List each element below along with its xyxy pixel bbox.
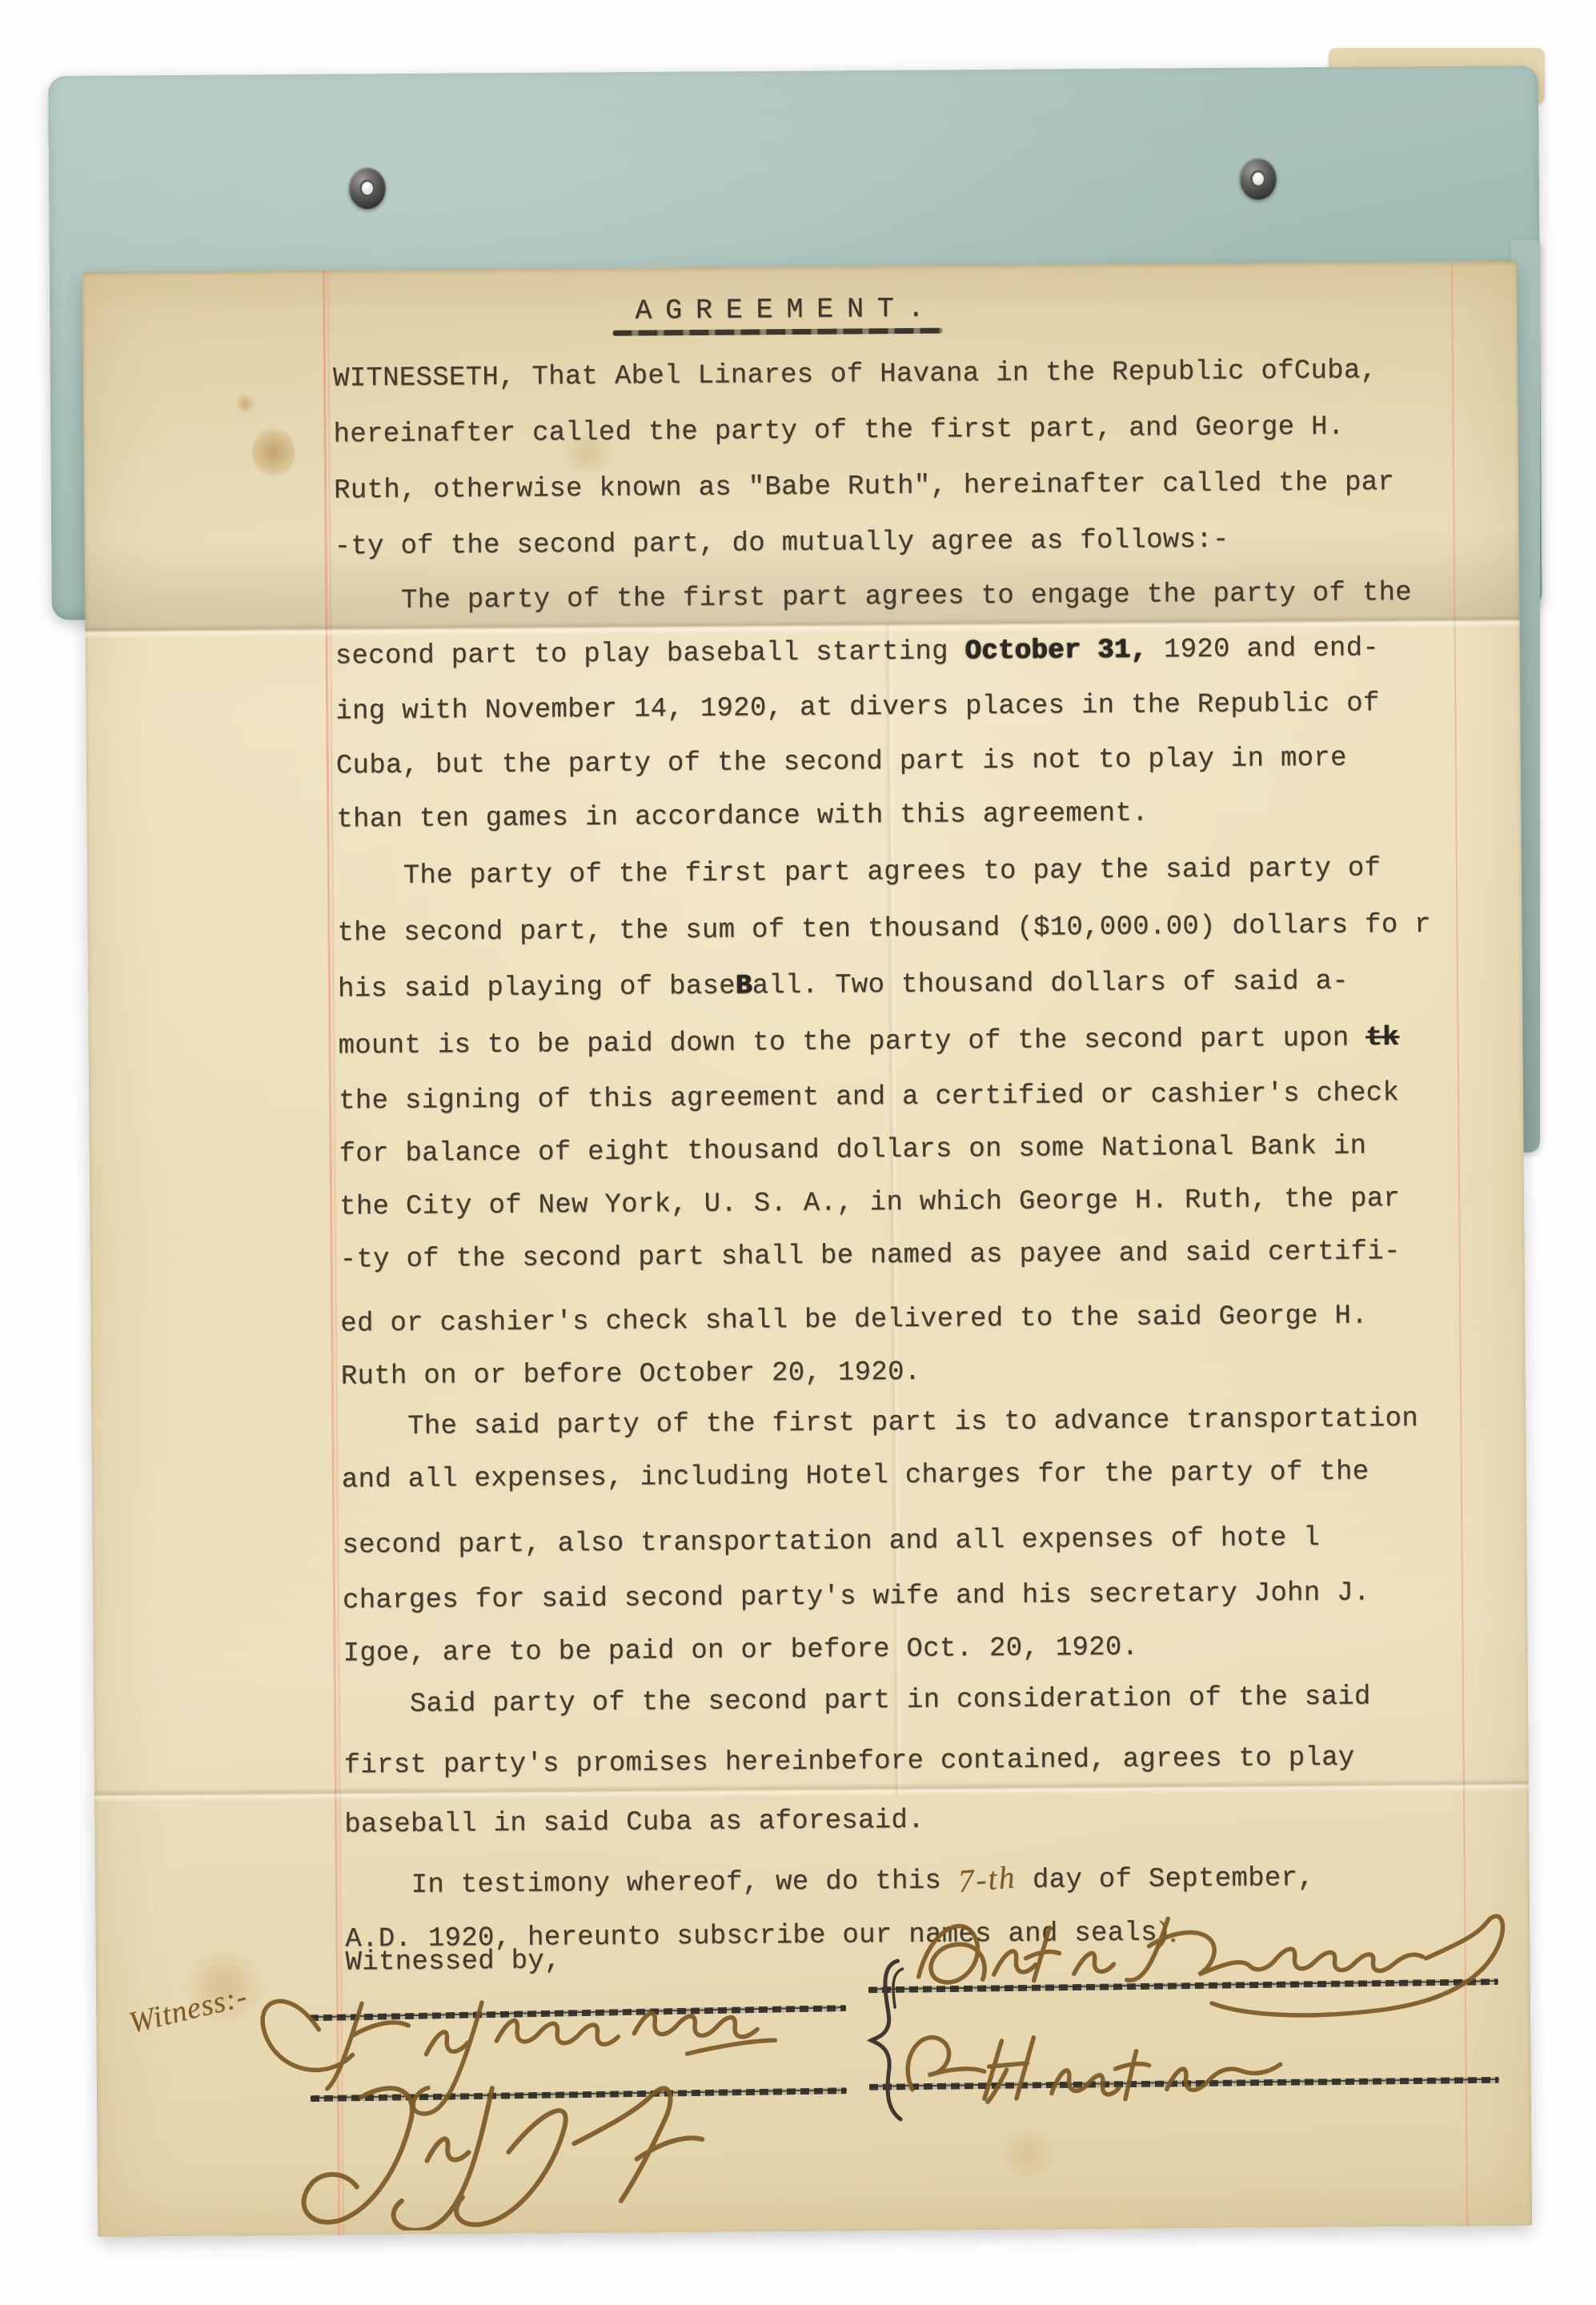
typed-line: ed or cashier's check shall be delivered…: [340, 1301, 1368, 1339]
grommet-eyelet: [349, 167, 386, 209]
typed-line: The party of the first part agrees to pa…: [337, 853, 1381, 892]
typed-line: charges for said second party's wife and…: [343, 1577, 1370, 1616]
typed-line: his said playing of baseBall. Two thousa…: [338, 967, 1349, 1005]
contract-paper: AGREEMENT. WITNESSETH, That Abel Linares…: [82, 261, 1532, 2237]
typed-line: WITNESSETH, That Abel Linares of Havana …: [333, 355, 1377, 394]
typed-line: -ty of the second part, do mutually agre…: [335, 525, 1229, 563]
ink-text: 7-th: [956, 1858, 1017, 1899]
signature-john-igoe: [267, 2063, 828, 2231]
typed-line: ing with November 14, 1920, at divers pl…: [335, 688, 1380, 727]
typed-text: mount is to be paid down to the party of…: [338, 1023, 1365, 1061]
typed-line: second part to play baseball starting Oc…: [335, 633, 1380, 671]
overstrike-text: October 31,: [964, 635, 1147, 667]
typed-line: Ruth on or before October 20, 1920.: [341, 1357, 921, 1393]
typed-text: second part to play baseball starting: [335, 636, 965, 671]
typed-text: all. Two thousand dollars of said a-: [752, 967, 1349, 1002]
typed-line: first party's promises hereinbefore cont…: [344, 1743, 1355, 1782]
grommet-eyelet: [1240, 158, 1277, 199]
typed-line: baseball in said Cuba as aforesaid.: [344, 1806, 924, 1841]
typed-line: the second part, the sum of ten thousand…: [337, 910, 1431, 949]
grommet-hole: [359, 179, 375, 197]
overstrike-text: B: [736, 971, 752, 1001]
typed-line: In testimony whereof, we do this 7-th da…: [345, 1855, 1314, 1902]
typed-line: hereinafter called the party of the firs…: [333, 412, 1344, 451]
typed-line: Igoe, are to be paid on or before Oct. 2…: [343, 1633, 1138, 1670]
typed-line: second part, also transportation and all…: [342, 1523, 1320, 1561]
typed-line: The party of the first part agrees to en…: [335, 578, 1412, 617]
typed-line: the City of New York, U. S. A., in which…: [339, 1184, 1400, 1222]
document-photo: AGREEMENT. WITNESSETH, That Abel Linares…: [0, 0, 1596, 2305]
typed-line: Said party of the second part in conside…: [343, 1682, 1371, 1720]
signature-geo-h-ruth: [892, 2019, 1293, 2119]
typed-text: 1920 and end-: [1147, 633, 1379, 665]
grommet-hole: [1250, 170, 1266, 187]
typed-line: The said party of the first part is to a…: [341, 1404, 1418, 1443]
typed-line: Cuba, but the party of the second part i…: [336, 744, 1347, 782]
typed-text: his said playing of base: [338, 972, 736, 1005]
typed-line: Ruth, otherwise known as "Babe Ruth", he…: [334, 467, 1394, 506]
typed-line: the signing of this agreement and a cert…: [339, 1078, 1399, 1116]
signature-abel-linares: [904, 1894, 1521, 2034]
typed-line: than ten games in accordance with this a…: [336, 799, 1149, 836]
typed-line: mount is to be paid down to the party of…: [338, 1023, 1398, 1061]
typed-line: -ty of the second part shall be named as…: [340, 1237, 1401, 1275]
typed-text: day of September,: [1016, 1863, 1314, 1896]
typed-line: for balance of eight thousand dollars on…: [339, 1131, 1367, 1169]
typed-text: In testimony whereof, we do this: [345, 1866, 958, 1901]
typed-line: and all expenses, including Hotel charge…: [342, 1457, 1369, 1495]
struck-text: tk: [1365, 1023, 1399, 1053]
